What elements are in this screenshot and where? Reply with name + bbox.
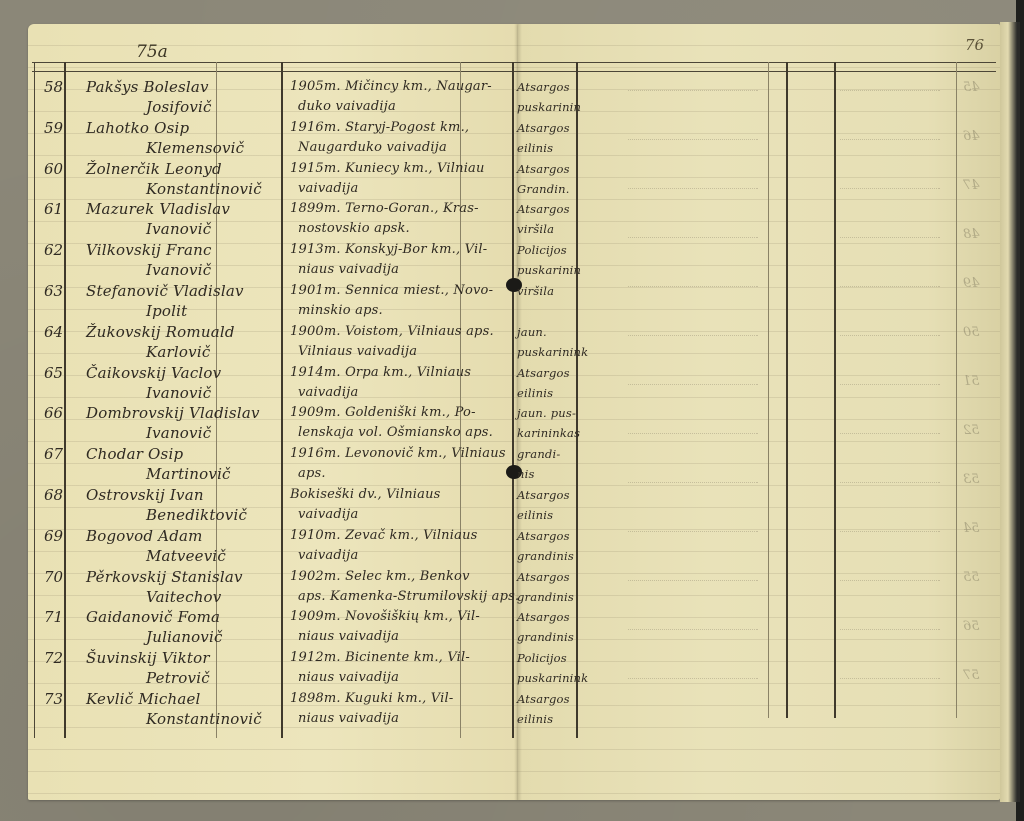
ghost-text bbox=[840, 178, 940, 189]
entry-birth-line2: aps. Kamenka-Strumilovskij aps. bbox=[298, 589, 519, 604]
entry-patronymic: Konstantinovič bbox=[146, 180, 262, 198]
ghost-text bbox=[628, 227, 758, 238]
ghost-text bbox=[628, 619, 758, 630]
entry-rank-line2: grandinis bbox=[517, 549, 574, 563]
entry-birth-line1: 1899m. Terno-Goran., Kras- bbox=[290, 201, 479, 216]
entry-patronymic: Petrovič bbox=[146, 669, 210, 687]
col-line-rank bbox=[576, 62, 578, 738]
entry-number: 73 bbox=[44, 690, 63, 708]
entry-rank-line1: Policijos bbox=[517, 243, 567, 257]
right-page bbox=[518, 24, 1000, 800]
right-page-number: 76 bbox=[965, 36, 984, 54]
entry-rank-line1: viršila bbox=[517, 284, 554, 298]
ghost-text bbox=[628, 472, 758, 483]
ghost-text bbox=[628, 276, 758, 287]
entry-number: 58 bbox=[44, 78, 63, 96]
ghost-text bbox=[628, 80, 758, 91]
entry-birth-line2: niaus vaivadija bbox=[298, 262, 399, 277]
entry-patronymic: Martinovič bbox=[146, 465, 231, 483]
entry-name: Pakšys Boleslav bbox=[86, 78, 209, 96]
entry-rank-line1: jaun. bbox=[517, 325, 547, 339]
entry-birth-line1: 1915m. Kuniecy km., Vilniau bbox=[290, 161, 485, 176]
right-col-line-1 bbox=[768, 62, 769, 718]
ghost-text bbox=[840, 129, 940, 140]
ghost-text bbox=[840, 521, 940, 532]
entry-rank-line1: Atsargos bbox=[517, 529, 570, 543]
entry-birth-line2: Vilniaus vaivadija bbox=[298, 344, 417, 359]
ghost-number: 47 bbox=[963, 178, 980, 193]
entry-birth-line1: 1898m. Kuguki km., Vil- bbox=[290, 691, 453, 706]
entry-birth-line1: 1909m. Goldeniški km., Po- bbox=[290, 405, 476, 420]
entry-birth-line1: 1914m. Orpa km., Vilniaus bbox=[290, 365, 471, 380]
entry-name: Čaikovskij Vaclov bbox=[86, 364, 221, 382]
entry-patronymic: Karlovič bbox=[146, 343, 210, 361]
entry-birth-line1: 1910m. Zevač km., Vilniaus bbox=[290, 528, 478, 543]
entry-name: Kevlič Michael bbox=[86, 690, 201, 708]
ghost-text bbox=[840, 423, 940, 434]
ghost-number: 45 bbox=[963, 80, 980, 95]
entry-rank-line1: Atsargos bbox=[517, 366, 570, 380]
entry-name: Lahotko Osip bbox=[86, 119, 189, 137]
entry-name: Vilkovskij Franc bbox=[86, 241, 212, 259]
col-line-left-edge bbox=[34, 62, 35, 738]
ghost-text bbox=[628, 423, 758, 434]
ledger-spread: 75a 76 58Pakšys BoleslavJosifovič1905m. … bbox=[28, 24, 1000, 800]
ghost-number: 56 bbox=[963, 619, 980, 634]
entry-birth-line2: niaus vaivadija bbox=[298, 711, 399, 726]
entry-birth-line1: 1913m. Konskyj-Bor km., Vil- bbox=[290, 242, 487, 257]
entry-patronymic: Ipolit bbox=[146, 302, 187, 320]
entry-number: 68 bbox=[44, 486, 63, 504]
entry-rank-line2: puskarinink bbox=[517, 345, 588, 359]
ghost-text bbox=[628, 325, 758, 336]
ghost-number: 50 bbox=[963, 325, 980, 340]
right-col-line-3 bbox=[834, 62, 836, 718]
entry-patronymic: Matveevič bbox=[146, 547, 226, 565]
entry-number: 59 bbox=[44, 119, 63, 137]
entry-rank-line2: grandinis bbox=[517, 590, 574, 604]
next-page-edge bbox=[1000, 22, 1020, 802]
entry-rank-line2: eilinis bbox=[517, 508, 553, 522]
entry-rank-line1: Atsargos bbox=[517, 121, 570, 135]
entry-patronymic: Ivanovič bbox=[146, 384, 211, 402]
entry-rank-line2: puskarinink bbox=[517, 671, 588, 685]
entry-rank-line1: Atsargos bbox=[517, 202, 570, 216]
ghost-number: 55 bbox=[963, 570, 980, 585]
entry-name: Ostrovskij Ivan bbox=[86, 486, 204, 504]
entry-name: Dombrovskij Vladislav bbox=[86, 404, 260, 422]
entry-name: Žolnerčik Leonyd bbox=[86, 160, 222, 178]
entry-patronymic: Vaitechov bbox=[146, 588, 221, 606]
entry-birth-line2: duko vaivadija bbox=[298, 99, 396, 114]
entry-patronymic: Ivanovič bbox=[146, 220, 211, 238]
entry-name: Chodar Osip bbox=[86, 445, 183, 463]
entry-birth-line2: minskio aps. bbox=[298, 303, 383, 318]
entry-name: Mazurek Vladislav bbox=[86, 200, 230, 218]
entry-number: 65 bbox=[44, 364, 63, 382]
entry-birth-line2: aps. bbox=[298, 466, 326, 481]
ghost-number: 48 bbox=[963, 227, 980, 242]
entry-rank-line2: nis bbox=[517, 467, 535, 481]
entry-rank-line1: Atsargos bbox=[517, 488, 570, 502]
entry-patronymic: Julianovič bbox=[146, 628, 223, 646]
ghost-text bbox=[628, 570, 758, 581]
entry-birth-line2: vaivadija bbox=[298, 548, 358, 563]
entry-name: Žukovskij Romuald bbox=[86, 323, 235, 341]
entry-number: 72 bbox=[44, 649, 63, 667]
entry-number: 63 bbox=[44, 282, 63, 300]
entry-rank-line1: Atsargos bbox=[517, 692, 570, 706]
ghost-number: 46 bbox=[963, 129, 980, 144]
ghost-text bbox=[840, 276, 940, 287]
entry-birth-line1: 1916m. Staryj-Pogost km., bbox=[290, 120, 469, 135]
entry-patronymic: Konstantinovič bbox=[146, 710, 262, 728]
entry-name: Gaidanovič Foma bbox=[86, 608, 220, 626]
ghost-number: 53 bbox=[963, 472, 980, 487]
ghost-text bbox=[628, 129, 758, 140]
ghost-text bbox=[628, 521, 758, 532]
entry-number: 67 bbox=[44, 445, 63, 463]
entry-birth-line2: niaus vaivadija bbox=[298, 629, 399, 644]
entry-rank-line1: Atsargos bbox=[517, 162, 570, 176]
header-rule-top bbox=[32, 62, 996, 63]
entry-name: Šuvinskij Viktor bbox=[86, 649, 210, 667]
ghost-text bbox=[628, 668, 758, 679]
entry-rank-line1: Atsargos bbox=[517, 80, 570, 94]
right-col-line-4 bbox=[956, 62, 957, 718]
ghost-text bbox=[628, 374, 758, 385]
ghost-number: 49 bbox=[963, 276, 980, 291]
ghost-number: 57 bbox=[963, 668, 980, 683]
ghost-text bbox=[840, 668, 940, 679]
entry-rank-line2: karininkas bbox=[517, 426, 580, 440]
entry-number: 64 bbox=[44, 323, 63, 341]
entry-birth-line1: 1902m. Selec km., Benkov bbox=[290, 569, 470, 584]
entry-patronymic: Klemensovič bbox=[146, 139, 244, 157]
entry-rank-line2: Grandin. bbox=[517, 182, 570, 196]
entry-number: 70 bbox=[44, 568, 63, 586]
header-rule-bottom bbox=[32, 71, 996, 72]
entry-name: Stefanovič Vladislav bbox=[86, 282, 244, 300]
entry-patronymic: Josifovič bbox=[146, 98, 212, 116]
entry-birth-line2: vaivadija bbox=[298, 507, 358, 522]
ghost-text bbox=[840, 619, 940, 630]
right-col-line-2 bbox=[786, 62, 788, 718]
entry-rank-line1: jaun. pus- bbox=[517, 406, 576, 420]
entry-birth-line1: Bokiseški dv., Vilniaus bbox=[290, 487, 441, 502]
entry-birth-line1: 1905m. Mičincy km., Naugar- bbox=[290, 79, 492, 94]
entry-birth-line1: 1909m. Novošiškių km., Vil- bbox=[290, 609, 480, 624]
col-line-number bbox=[64, 62, 66, 738]
entry-rank-line1: Atsargos bbox=[517, 610, 570, 624]
ghost-number: 51 bbox=[963, 374, 980, 389]
entry-rank-line2: puskarinin bbox=[517, 263, 581, 277]
entry-patronymic: Ivanovič bbox=[146, 261, 211, 279]
entry-rank-line2: viršila bbox=[517, 222, 554, 236]
entry-birth-line1: 1912m. Bicinente km., Vil- bbox=[290, 650, 470, 665]
entry-patronymic: Benediktovič bbox=[146, 506, 247, 524]
col-line-birth bbox=[512, 62, 514, 738]
entry-number: 61 bbox=[44, 200, 63, 218]
ghost-text bbox=[840, 472, 940, 483]
entry-rank-line2: eilinis bbox=[517, 141, 553, 155]
entry-number: 62 bbox=[44, 241, 63, 259]
ghost-text bbox=[840, 374, 940, 385]
entry-birth-line2: vaivadija bbox=[298, 385, 358, 400]
entry-rank-line2: puskarinin bbox=[517, 100, 581, 114]
entry-birth-line1: 1916m. Levonovič km., Vilniaus bbox=[290, 446, 506, 461]
entry-number: 71 bbox=[44, 608, 63, 626]
ghost-text bbox=[628, 178, 758, 189]
entry-number: 60 bbox=[44, 160, 63, 178]
ghost-text bbox=[840, 325, 940, 336]
entry-birth-line2: lenskaja vol. Ošmiansko aps. bbox=[298, 425, 493, 440]
entry-birth-line1: 1900m. Voistom, Vilniaus aps. bbox=[290, 324, 494, 339]
entry-rank-line2: eilinis bbox=[517, 712, 553, 726]
entry-number: 69 bbox=[44, 527, 63, 545]
entry-rank-line1: Atsargos bbox=[517, 570, 570, 584]
left-page-number: 75a bbox=[136, 42, 168, 62]
entry-patronymic: Ivanovič bbox=[146, 424, 211, 442]
entry-birth-line1: 1901m. Sennica miest., Novo- bbox=[290, 283, 493, 298]
entry-name: Pěrkovskij Stanislav bbox=[86, 568, 243, 586]
entry-birth-line2: vaivadija bbox=[298, 181, 358, 196]
col-line-name bbox=[281, 62, 283, 738]
entry-birth-line2: nostovskio apsk. bbox=[298, 221, 410, 236]
entry-name: Bogovod Adam bbox=[86, 527, 203, 545]
ghost-text bbox=[840, 570, 940, 581]
entry-birth-line2: Naugarduko vaivadija bbox=[298, 140, 447, 155]
ghost-text bbox=[840, 227, 940, 238]
entry-rank-line2: eilinis bbox=[517, 386, 553, 400]
entry-rank-line1: grandi- bbox=[517, 447, 560, 461]
ghost-number: 54 bbox=[963, 521, 980, 536]
entry-rank-line1: Policijos bbox=[517, 651, 567, 665]
ghost-text bbox=[840, 80, 940, 91]
entry-rank-line2: grandinis bbox=[517, 630, 574, 644]
ghost-number: 52 bbox=[963, 423, 980, 438]
entry-number: 66 bbox=[44, 404, 63, 422]
entry-birth-line2: niaus vaivadija bbox=[298, 670, 399, 685]
